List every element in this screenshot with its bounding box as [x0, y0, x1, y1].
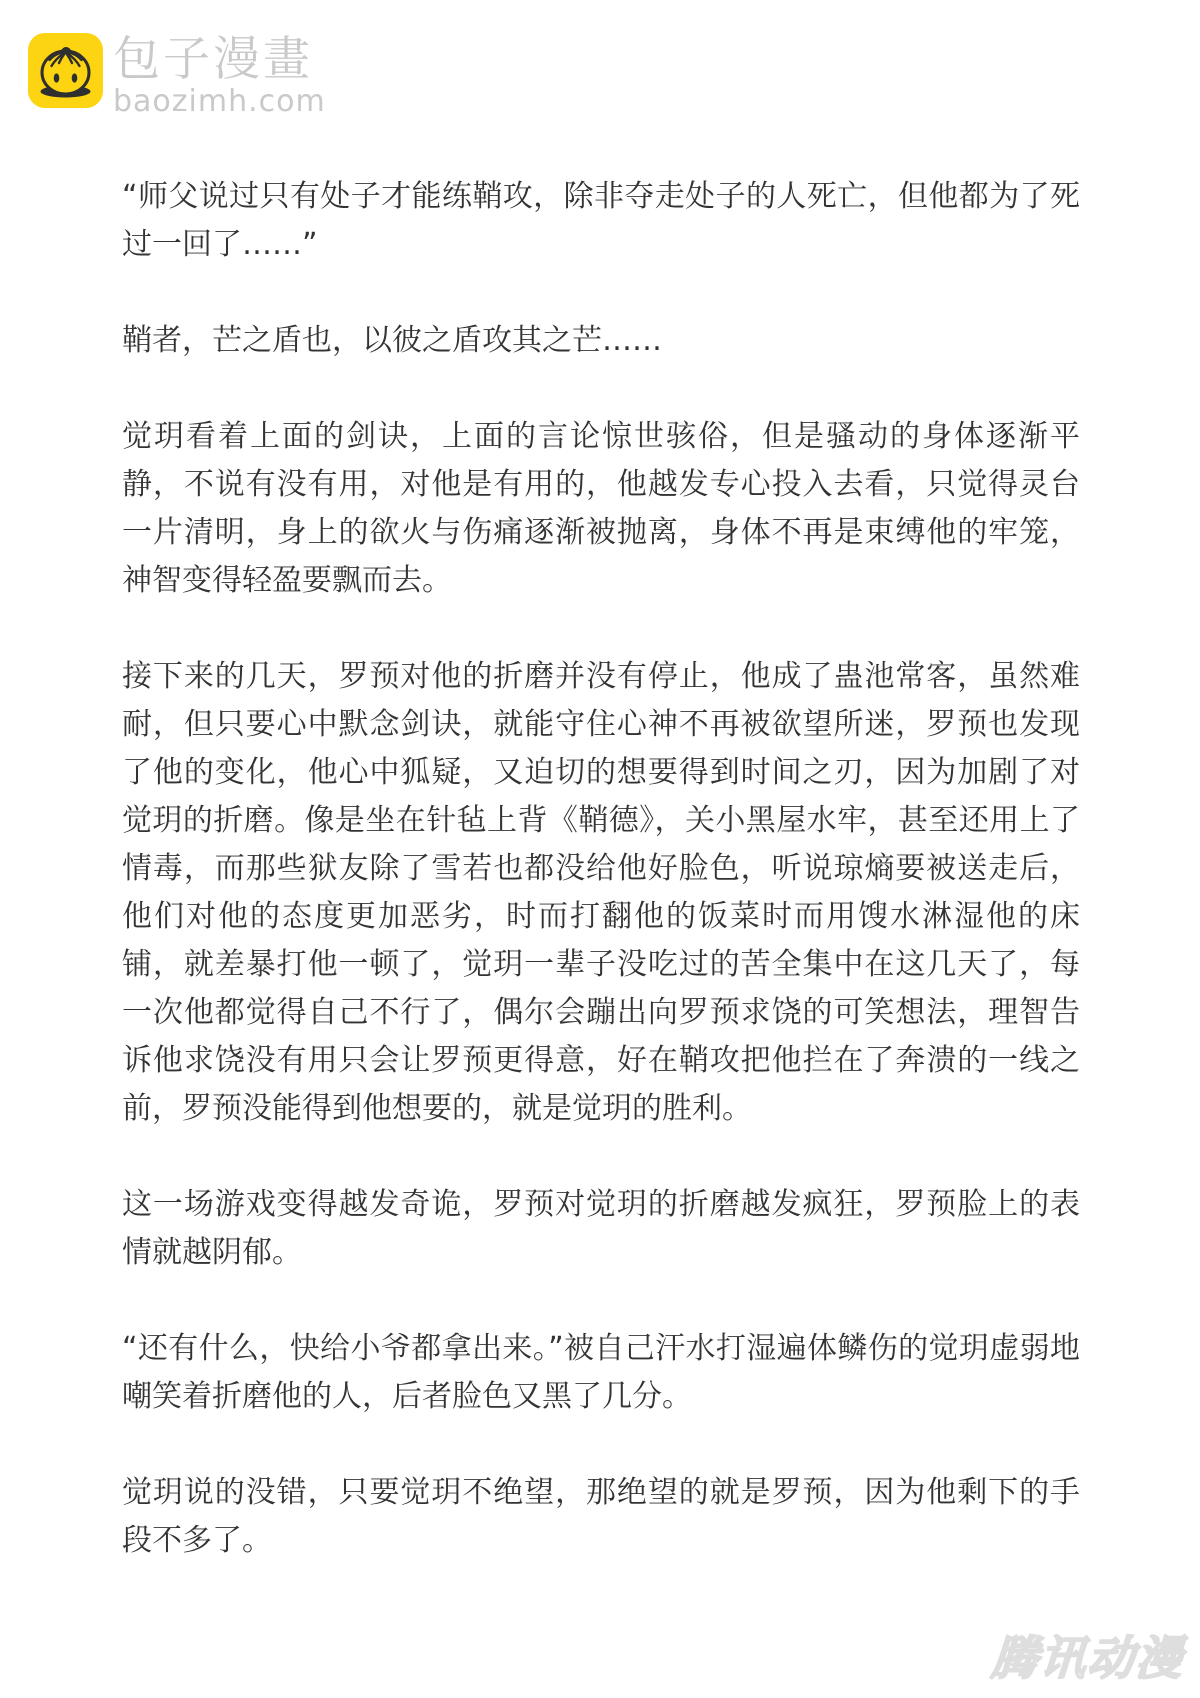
baozi-bun-icon [28, 33, 103, 108]
baozi-logo-icon[interactable] [28, 33, 103, 108]
tencent-comics-watermark: 腾讯动漫 [990, 1622, 1187, 1688]
comic-text-page: 包子漫畫 baozimh.com “师父说过只有处子才能练鞘攻，除非夺走处子的人… [0, 0, 1200, 1698]
paragraph-4: 接下来的几天，罗预对他的折磨并没有停止，他成了蛊池常客，虽然难耐，但只要心中默念… [122, 653, 1080, 1133]
paragraph-3: 觉玥看着上面的剑诀，上面的言论惊世骇俗，但是骚动的身体逐渐平静，不说有没有用，对… [122, 413, 1080, 605]
site-domain: baozimh.com [113, 86, 326, 118]
paragraph-1: “师父说过只有处子才能练鞘攻，除非夺走处子的人死亡，但他都为了死过一回了……” [122, 173, 1080, 269]
site-header: 包子漫畫 baozimh.com [0, 0, 1200, 130]
paragraph-2: 鞘者，芒之盾也，以彼之盾攻其之芒…… [122, 317, 1080, 365]
paragraph-7: 觉玥说的没错，只要觉玥不绝望，那绝望的就是罗预，因为他剩下的手段不多了。 [122, 1469, 1080, 1565]
site-title: 包子漫畫 [113, 35, 326, 85]
paragraph-6: “还有什么，快给小爷都拿出来。”被自己汗水打湿遍体鳞伤的觉玥虚弱地嘲笑着折磨他的… [122, 1325, 1080, 1421]
chapter-text: “师父说过只有处子才能练鞘攻，除非夺走处子的人死亡，但他都为了死过一回了……” … [122, 173, 1080, 1565]
logo-text-block: 包子漫畫 baozimh.com [113, 35, 326, 118]
paragraph-5: 这一场游戏变得越发奇诡，罗预对觉玥的折磨越发疯狂，罗预脸上的表情就越阴郁。 [122, 1181, 1080, 1277]
